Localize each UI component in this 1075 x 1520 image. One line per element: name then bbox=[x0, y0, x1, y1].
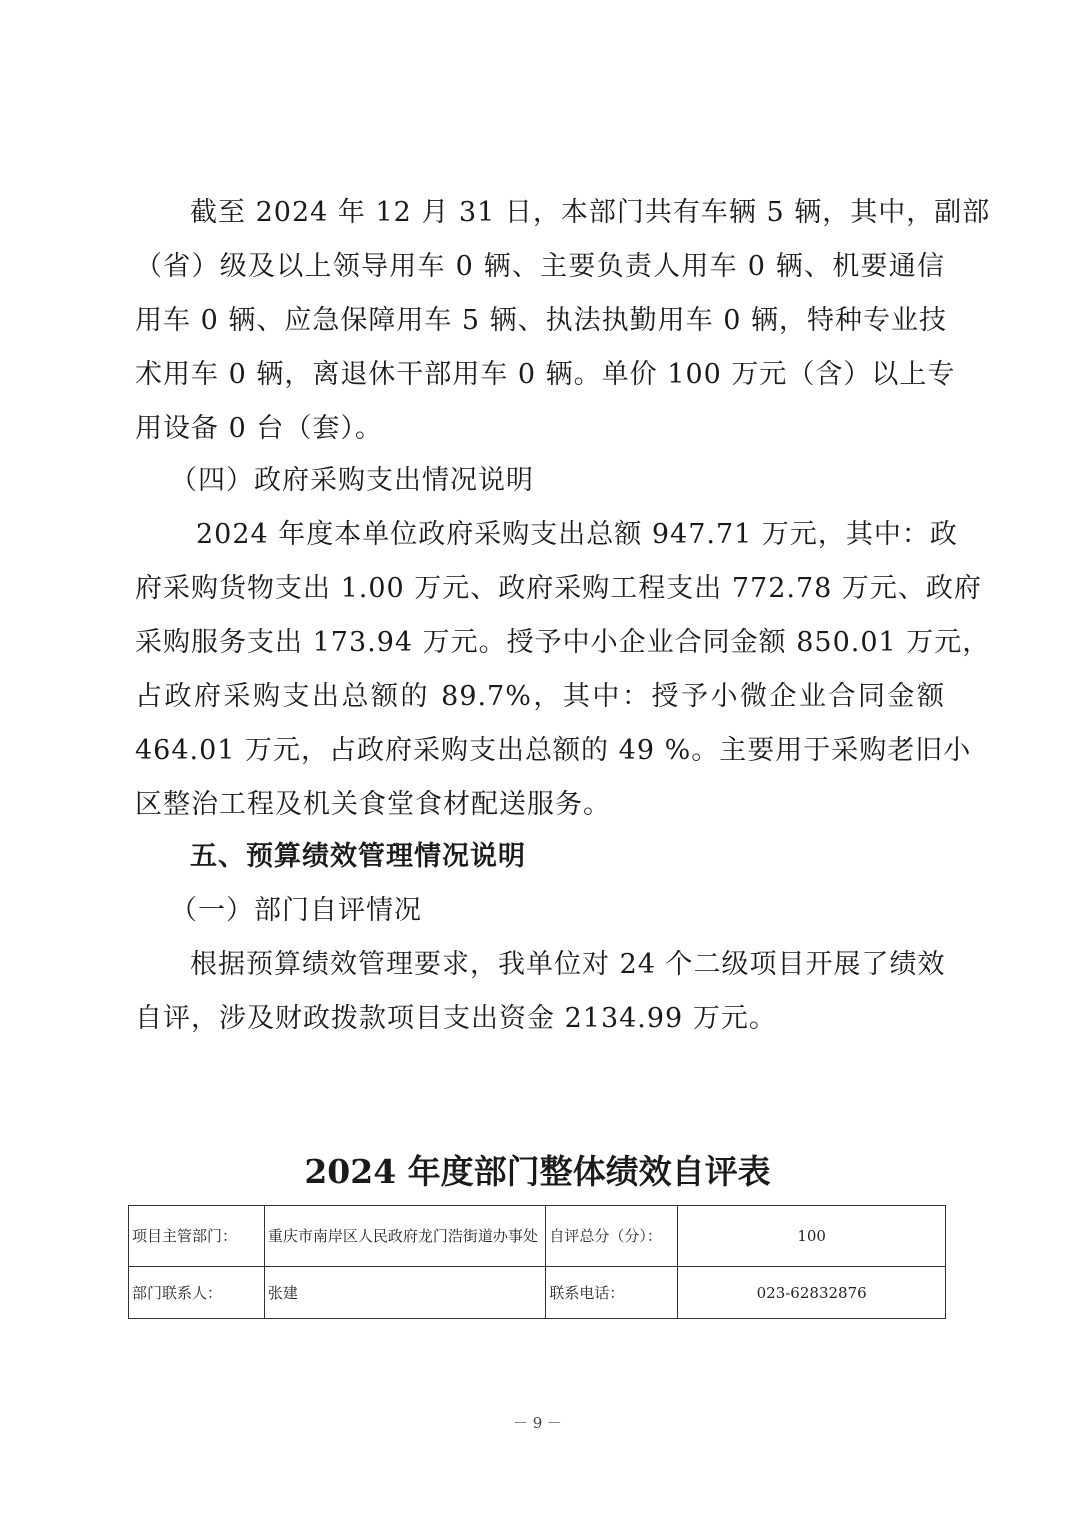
value-cell: 重庆市南岸区人民政府龙门浩街道办事处 bbox=[264, 1206, 546, 1267]
paragraph-line: 自评，涉及财政拨款项目支出资金 2134.99 万元。 bbox=[135, 1004, 945, 1034]
value-cell: 023-62832876 bbox=[678, 1267, 946, 1319]
subsection-heading: （一）部门自评情况 bbox=[170, 896, 980, 926]
paragraph-line: 截至 2024 年 12 月 31 日，本部门共有车辆 5 辆，其中，副部 bbox=[190, 198, 945, 228]
paragraph-line: （省）级及以上领导用车 0 辆、主要负责人用车 0 辆、机要通信 bbox=[135, 252, 945, 282]
label-cell: 项目主管部门： bbox=[129, 1206, 265, 1267]
label-cell: 自评总分（分）： bbox=[546, 1206, 678, 1267]
table-row: 项目主管部门： 重庆市南岸区人民政府龙门浩街道办事处 自评总分（分）： 100 bbox=[129, 1206, 946, 1267]
paragraph-line: 用设备 0 台（套）。 bbox=[135, 414, 945, 444]
paragraph-line: 采购服务支出 173.94 万元。授予中小企业合同金额 850.01 万元， bbox=[135, 628, 945, 658]
label-cell: 联系电话： bbox=[546, 1267, 678, 1319]
table-title: 2024 年度部门整体绩效自评表 bbox=[0, 1152, 1075, 1192]
paragraph-line: 术用车 0 辆，离退休干部用车 0 辆。单价 100 万元（含）以上专 bbox=[135, 360, 945, 390]
paragraph-line: 占政府采购支出总额的 89.7%，其中：授予小微企业合同金额 bbox=[135, 682, 945, 712]
section-heading: （四）政府采购支出情况说明 bbox=[170, 466, 980, 496]
paragraph-line: 2024 年度本单位政府采购支出总额 947.71 万元，其中：政 bbox=[196, 520, 945, 550]
paragraph-line: 用车 0 辆、应急保障用车 5 辆、执法执勤用车 0 辆，特种专业技 bbox=[135, 306, 945, 336]
label-cell: 部门联系人： bbox=[129, 1267, 265, 1319]
paragraph-line: 区整治工程及机关食堂食材配送服务。 bbox=[135, 790, 945, 820]
value-cell: 张建 bbox=[264, 1267, 546, 1319]
table-row: 部门联系人： 张建 联系电话： 023-62832876 bbox=[129, 1267, 946, 1319]
paragraph-line: 府采购货物支出 1.00 万元、政府采购工程支出 772.78 万元、政府 bbox=[135, 574, 945, 604]
section-heading: 五、预算绩效管理情况说明 bbox=[190, 842, 1000, 872]
self-evaluation-table: 项目主管部门： 重庆市南岸区人民政府龙门浩街道办事处 自评总分（分）： 100 … bbox=[128, 1205, 946, 1319]
paragraph-line: 464.01 万元，占政府采购支出总额的 49 %。主要用于采购老旧小 bbox=[135, 736, 945, 766]
paragraph-line: 根据预算绩效管理要求，我单位对 24 个二级项目开展了绩效 bbox=[190, 950, 945, 980]
value-cell: 100 bbox=[678, 1206, 946, 1267]
page-number: － 9 － bbox=[0, 1412, 1075, 1433]
